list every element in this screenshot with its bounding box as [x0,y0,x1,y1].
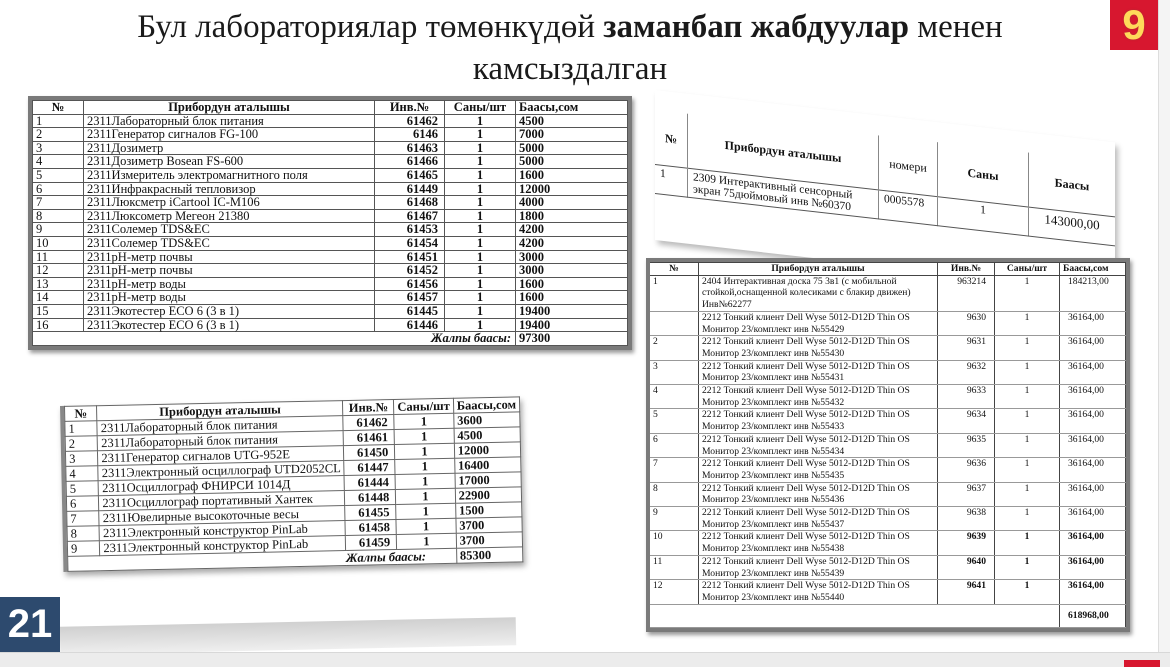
cell-no: 8 [33,209,84,223]
cell-no: 4 [66,466,99,482]
col-header-number: номери [879,135,938,196]
slide-number-badge-bottom: 21 [0,597,60,652]
col-header-inv: Инв.№ [343,400,394,416]
table-4-header: № Прибордун аталышы Инв.№ Саны/шт Баасы,… [650,263,1126,276]
col-header-name: Прибордун аталышы [84,101,375,115]
cell-no: 1 [655,165,688,198]
cell-price: 1800 [516,209,628,223]
cell-inv: 963214 [938,275,995,311]
cell-qty: 1 [445,236,516,250]
col-header-price: Баасы,сом [1060,263,1126,276]
cell-qty: 1 [445,141,516,155]
cell-name: 2311Дозиметр Bosean FS-600 [84,155,375,169]
cell-price: 36164,00 [1060,311,1126,335]
col-header-qty: Саны/шт [995,263,1060,276]
cell-qty: 1 [396,488,456,504]
cell-name: 2212 Тонкий клиент Dell Wyse 5012-D12D T… [699,531,938,555]
cell-inv: 61452 [375,264,445,278]
cell-inv: 61462 [375,114,445,128]
table-row: 62212 Тонкий клиент Dell Wyse 5012-D12D … [650,433,1126,457]
cell-price: 12000 [516,182,628,196]
cell-qty: 1 [445,223,516,237]
cell-price: 1500 [455,502,522,518]
table-row: 52311Измеритель электромагнитного поля61… [33,168,628,182]
cell-price: 36164,00 [1060,458,1126,482]
cell-name: 2311Люксометр Мегеон 21380 [84,209,375,223]
table-row: 42212 Тонкий клиент Dell Wyse 5012-D12D … [650,385,1126,409]
cell-price: 3000 [516,250,628,264]
cell-no: 7 [67,511,100,527]
col-header-price: Баасы [1029,153,1116,217]
cell-name: 2212 Тонкий клиент Dell Wyse 5012-D12D T… [699,555,938,579]
table-row: 142311pH-метр воды6145711600 [33,291,628,305]
cell-qty: 1 [995,580,1060,604]
cell-qty: 1 [445,182,516,196]
cell-qty: 1 [396,518,456,534]
table-3: № Прибордун аталышы номери Саны Баасы 12… [655,110,1115,246]
cell-name: 2311Люксметр iCartool IC-M106 [84,196,375,210]
cell-no: 12 [33,264,84,278]
cell-no: 2 [650,336,699,360]
table-2-shadow [60,617,516,655]
cell-inv: 0005578 [879,190,938,226]
table-row: 122311pH-метр почвы6145213000 [33,264,628,278]
cell-name: 2212 Тонкий клиент Dell Wyse 5012-D12D T… [699,507,938,531]
table-row: 12404 Интерактивная доска 75 3в1 (с моби… [650,275,1126,311]
cell-inv: 61462 [343,415,394,431]
cell-inv: 9633 [938,385,995,409]
cell-qty: 1 [995,275,1060,311]
cell-price: 36164,00 [1060,482,1126,506]
cell-name: 2311Солемер TDS&EC [84,223,375,237]
cell-price: 3700 [456,517,523,533]
table-4: № Прибордун аталышы Инв.№ Саны/шт Баасы,… [650,262,1126,628]
cell-no: 1 [65,421,98,437]
cell-price: 36164,00 [1060,336,1126,360]
table-row: 112212 Тонкий клиент Dell Wyse 5012-D12D… [650,555,1126,579]
cell-no: 15 [33,304,84,318]
table-row: 42311Дозиметр Bosean FS-6006146615000 [33,155,628,169]
cell-inv: 61459 [346,534,397,550]
cell-price: 17000 [455,472,522,488]
cell-inv: 61455 [345,504,396,520]
table-row: 22311Генератор сигналов FG-100614617000 [33,128,628,142]
cell-inv: 61451 [375,250,445,264]
cell-name: 2212 Тонкий клиент Dell Wyse 5012-D12D T… [699,360,938,384]
cell-price: 36164,00 [1060,433,1126,457]
cell-qty: 1 [995,433,1060,457]
cell-qty: 1 [995,458,1060,482]
cell-price: 36164,00 [1060,531,1126,555]
table-row: 92212 Тонкий клиент Dell Wyse 5012-D12D … [650,507,1126,531]
cell-no: 4 [33,155,84,169]
table-1-total-row: Жалпы баасы: 97300 [33,332,628,346]
cell-qty: 1 [397,533,457,549]
cell-name: 2311pH-метр воды [84,291,375,305]
cell-no: 7 [33,196,84,210]
col-header-qty: Саны/шт [445,101,516,115]
table-row: 32212 Тонкий клиент Dell Wyse 5012-D12D … [650,360,1126,384]
cell-no: 8 [67,526,100,542]
table-row: 72311Люксметр iCartool IC-M1066146814000 [33,196,628,210]
col-header-name: Прибордун аталышы [699,263,938,276]
cell-price: 5000 [516,141,628,155]
cell-inv: 61447 [344,459,395,475]
cell-price: 3700 [456,532,523,548]
cell-qty: 1 [445,250,516,264]
table-row: 62311Инфракрасный тепловизор61449112000 [33,182,628,196]
cell-inv: 9637 [938,482,995,506]
cell-no: 9 [33,223,84,237]
equipment-table-4: № Прибордун аталышы Инв.№ Саны/шт Баасы,… [646,258,1130,632]
cell-inv: 9638 [938,507,995,531]
next-slide-badge [1124,660,1160,667]
cell-no: 7 [650,458,699,482]
cell-name: 2311Экотестер ECO 6 (3 в 1) [84,318,375,332]
slide-number-badge: 9 [1110,0,1158,50]
cell-inv: 61448 [345,489,396,505]
total-spacer [650,604,1060,627]
cell-qty: 1 [445,155,516,169]
equipment-table-2: № Прибордун аталышы Инв.№ Саны/шт Баасы,… [60,396,523,572]
cell-inv: 61467 [375,209,445,223]
cell-no: 2 [33,128,84,142]
cell-price: 1600 [516,168,628,182]
cell-no: 1 [33,114,84,128]
cell-no: 11 [650,555,699,579]
cell-no: 6 [66,496,99,512]
cell-price: 1600 [516,277,628,291]
cell-no: 6 [650,433,699,457]
cell-inv: 61445 [375,304,445,318]
cell-no: 5 [66,481,99,497]
cell-price: 4500 [454,427,521,443]
cell-inv: 9635 [938,433,995,457]
total-value: 85300 [456,547,523,563]
cell-qty: 1 [995,311,1060,335]
cell-no: 9 [67,541,100,557]
cell-qty: 1 [445,264,516,278]
col-header-price: Баасы,сом [516,101,628,115]
cell-inv: 61458 [345,519,396,535]
col-header-inv: Инв.№ [375,101,445,115]
table-4-total-row: 618968,00 [650,604,1126,627]
table-2: № Прибордун аталышы Инв.№ Саны/шт Баасы,… [64,396,523,572]
next-slide-strip [0,652,1170,667]
cell-qty: 1 [445,128,516,142]
cell-inv: 61465 [375,168,445,182]
cell-price: 4000 [516,196,628,210]
cell-name: 2311Дозиметр [84,141,375,155]
cell-price: 5000 [516,155,628,169]
cell-name: 2212 Тонкий клиент Dell Wyse 5012-D12D T… [699,409,938,433]
table-row: 152311Экотестер ECO 6 (3 в 1)61445119400 [33,304,628,318]
cell-qty: 1 [445,304,516,318]
table-row: 12311Лабораторный блок питания6146214500 [33,114,628,128]
cell-qty: 1 [445,209,516,223]
table-row: 32311Дозиметр6146315000 [33,141,628,155]
cell-price: 7000 [516,128,628,142]
cell-qty: 1 [995,409,1060,433]
cell-qty: 1 [995,385,1060,409]
table-row: 132311pH-метр воды6145611600 [33,277,628,291]
table-row: 102311Солемер TDS&EC6145414200 [33,236,628,250]
cell-qty: 1 [395,443,455,459]
cell-name: 2212 Тонкий клиент Dell Wyse 5012-D12D T… [699,336,938,360]
cell-qty: 1 [995,482,1060,506]
title-text-bold: заманбап жабдуулар [603,9,909,45]
cell-name: 2311Инфракрасный тепловизор [84,182,375,196]
slide: Бул лабораториялар төмөнкүдөй заманбап ж… [0,0,1159,652]
table-1: № Прибордун аталышы Инв.№ Саны/шт Баасы,… [32,100,628,346]
col-header-no: № [65,406,98,422]
table-row: 112311pH-метр почвы6145113000 [33,250,628,264]
cell-price: 12000 [454,442,521,458]
cell-inv: 61456 [375,277,445,291]
cell-qty: 1 [445,318,516,332]
cell-qty: 1 [445,196,516,210]
cell-inv: 61446 [375,318,445,332]
cell-name: 2212 Тонкий клиент Dell Wyse 5012-D12D T… [699,482,938,506]
cell-inv: 9634 [938,409,995,433]
cell-no: 10 [33,236,84,250]
page-title: Бул лабораториялар төмөнкүдөй заманбап ж… [60,6,1080,90]
cell-name: 2311Измеритель электромагнитного поля [84,168,375,182]
cell-name: 2212 Тонкий клиент Dell Wyse 5012-D12D T… [699,580,938,604]
table-row: 72212 Тонкий клиент Dell Wyse 5012-D12D … [650,458,1126,482]
table-row: 22212 Тонкий клиент Dell Wyse 5012-D12D … [650,336,1126,360]
cell-qty: 1 [394,413,454,429]
cell-price: 184213,00 [1060,275,1126,311]
cell-no: 6 [33,182,84,196]
cell-name: 2311Экотестер ECO 6 (3 в 1) [84,304,375,318]
table-row: 122212 Тонкий клиент Dell Wyse 5012-D12D… [650,580,1126,604]
cell-name: 2212 Тонкий клиент Dell Wyse 5012-D12D T… [699,385,938,409]
col-header-qty: Саны/шт [394,398,454,414]
cell-inv: 9640 [938,555,995,579]
cell-qty: 1 [995,531,1060,555]
cell-no: 11 [33,250,84,264]
cell-qty: 1 [395,458,455,474]
cell-qty: 1 [395,473,455,489]
col-header-no: № [650,263,699,276]
cell-inv: 61453 [375,223,445,237]
table-row: 82311Люксометр Мегеон 213806146711800 [33,209,628,223]
cell-no: 5 [33,168,84,182]
col-header-inv: Инв.№ [938,263,995,276]
cell-name: 2311pH-метр почвы [84,250,375,264]
cell-qty: 1 [995,507,1060,531]
cell-inv: 61461 [344,430,395,446]
cell-inv: 61449 [375,182,445,196]
cell-qty: 1 [394,428,454,444]
total-value: 618968,00 [1060,604,1126,627]
table-1-header: № Прибордун аталышы Инв.№ Саны/шт Баасы,… [33,101,628,115]
cell-inv: 61454 [375,236,445,250]
cell-inv: 61468 [375,196,445,210]
cell-price: 36164,00 [1060,360,1126,384]
cell-no [650,311,699,335]
cell-name: 2212 Тонкий клиент Dell Wyse 5012-D12D T… [699,433,938,457]
cell-qty: 1 [396,503,456,519]
cell-price: 19400 [516,318,628,332]
cell-inv: 61466 [375,155,445,169]
cell-qty: 1 [995,360,1060,384]
cell-inv: 9636 [938,458,995,482]
total-value: 97300 [516,332,628,346]
cell-name: 2311Генератор сигналов FG-100 [84,128,375,142]
table-row: 92311Солемер TDS&EC6145314200 [33,223,628,237]
cell-price: 3000 [516,264,628,278]
cell-name: 2311Солемер TDS&EC [84,236,375,250]
cell-price: 4200 [516,223,628,237]
cell-inv: 61444 [344,474,395,490]
cell-inv: 6146 [375,128,445,142]
table-row: 52212 Тонкий клиент Dell Wyse 5012-D12D … [650,409,1126,433]
cell-price: 4500 [516,114,628,128]
cell-inv: 9632 [938,360,995,384]
cell-qty: 1 [445,277,516,291]
cell-price: 36164,00 [1060,507,1126,531]
cell-no: 9 [650,507,699,531]
col-header-no: № [655,110,688,168]
cell-inv: 9630 [938,311,995,335]
cell-price: 22900 [455,487,522,503]
cell-qty: 1 [445,168,516,182]
cell-no: 3 [65,451,98,467]
cell-inv: 61463 [375,141,445,155]
cell-price: 16400 [454,457,521,473]
cell-price: 36164,00 [1060,409,1126,433]
cell-price: 36164,00 [1060,385,1126,409]
table-row: 2212 Тонкий клиент Dell Wyse 5012-D12D T… [650,311,1126,335]
cell-no: 3 [650,360,699,384]
cell-price: 1600 [516,291,628,305]
table-row: 82212 Тонкий клиент Dell Wyse 5012-D12D … [650,482,1126,506]
cell-qty: 1 [445,114,516,128]
cell-no: 12 [650,580,699,604]
cell-no: 1 [650,275,699,311]
table-row: 102212 Тонкий клиент Dell Wyse 5012-D12D… [650,531,1126,555]
total-label: Жалпы баасы: [33,332,516,346]
cell-inv: 61450 [344,444,395,460]
cell-price: 4200 [516,236,628,250]
cell-name: 2212 Тонкий клиент Dell Wyse 5012-D12D T… [699,458,938,482]
cell-qty: 1 [995,555,1060,579]
cell-inv: 9631 [938,336,995,360]
cell-no: 13 [33,277,84,291]
cell-price: 19400 [516,304,628,318]
cell-price: 36164,00 [1060,555,1126,579]
col-header-no: № [33,101,84,115]
cell-no: 2 [65,436,98,452]
cell-name: 2311Лабораторный блок питания [84,114,375,128]
cell-name: 2404 Интерактивная доска 75 3в1 (с мобил… [699,275,938,311]
cell-inv: 9641 [938,580,995,604]
equipment-table-1: № Прибордун аталышы Инв.№ Саны/шт Баасы,… [28,96,632,350]
cell-qty: 1 [995,336,1060,360]
cell-inv: 9639 [938,531,995,555]
title-text-1: Бул лабораториялар төмөнкүдөй [137,9,603,45]
cell-qty: 1 [445,291,516,305]
col-header-price: Баасы,сом [453,397,520,413]
cell-name: 2311pH-метр почвы [84,264,375,278]
cell-no: 5 [650,409,699,433]
cell-price: 36164,00 [1060,580,1126,604]
cell-inv: 61457 [375,291,445,305]
cell-no: 10 [650,531,699,555]
cell-no: 4 [650,385,699,409]
table-row: 162311Экотестер ECO 6 (3 в 1)61446119400 [33,318,628,332]
cell-no: 14 [33,291,84,305]
cell-no: 8 [650,482,699,506]
cell-name: 2212 Тонкий клиент Dell Wyse 5012-D12D T… [699,311,938,335]
cell-name: 2311pH-метр воды [84,277,375,291]
cell-no: 16 [33,318,84,332]
cell-price: 3600 [453,412,520,428]
cell-no: 3 [33,141,84,155]
